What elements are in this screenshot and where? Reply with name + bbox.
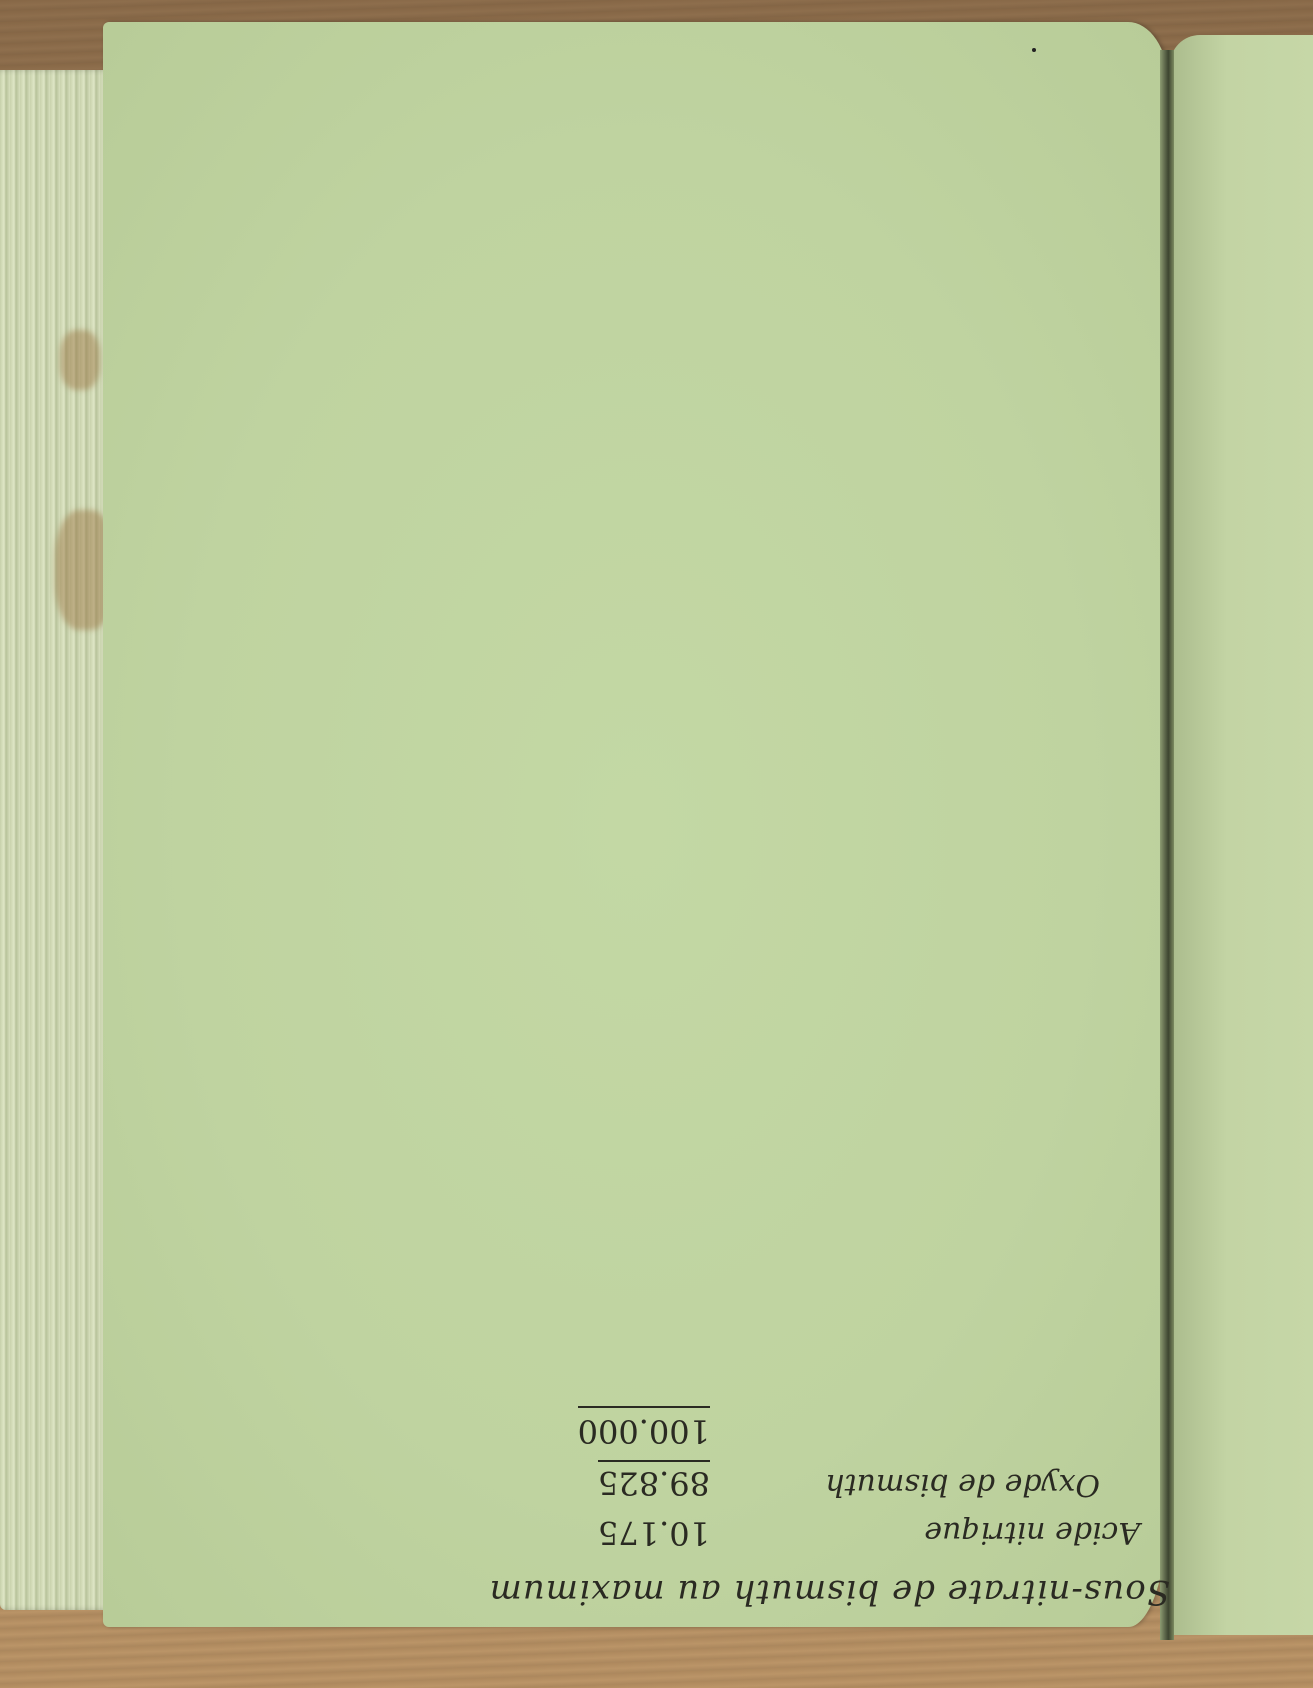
total-value: 100.000 <box>578 1406 710 1450</box>
ink-dot <box>1032 48 1036 52</box>
row-value-oxyde-de-bismuth: 89.825 <box>598 1460 710 1502</box>
row-value-acide-nitrique: 10.175 <box>598 1514 710 1552</box>
stain-mark <box>60 330 100 390</box>
row-label-oxyde-de-bismuth: Oxyde de bismuth <box>825 1467 1100 1502</box>
row-label-acide-nitrique: Acide nitrique <box>924 1515 1140 1550</box>
handwritten-title: Sous-nitrate de bismuth au maximum <box>489 1572 1170 1612</box>
handwritten-calculation: Sous-nitrate de bismuth au maximum Acide… <box>330 1320 1180 1620</box>
facing-page <box>1170 35 1313 1635</box>
